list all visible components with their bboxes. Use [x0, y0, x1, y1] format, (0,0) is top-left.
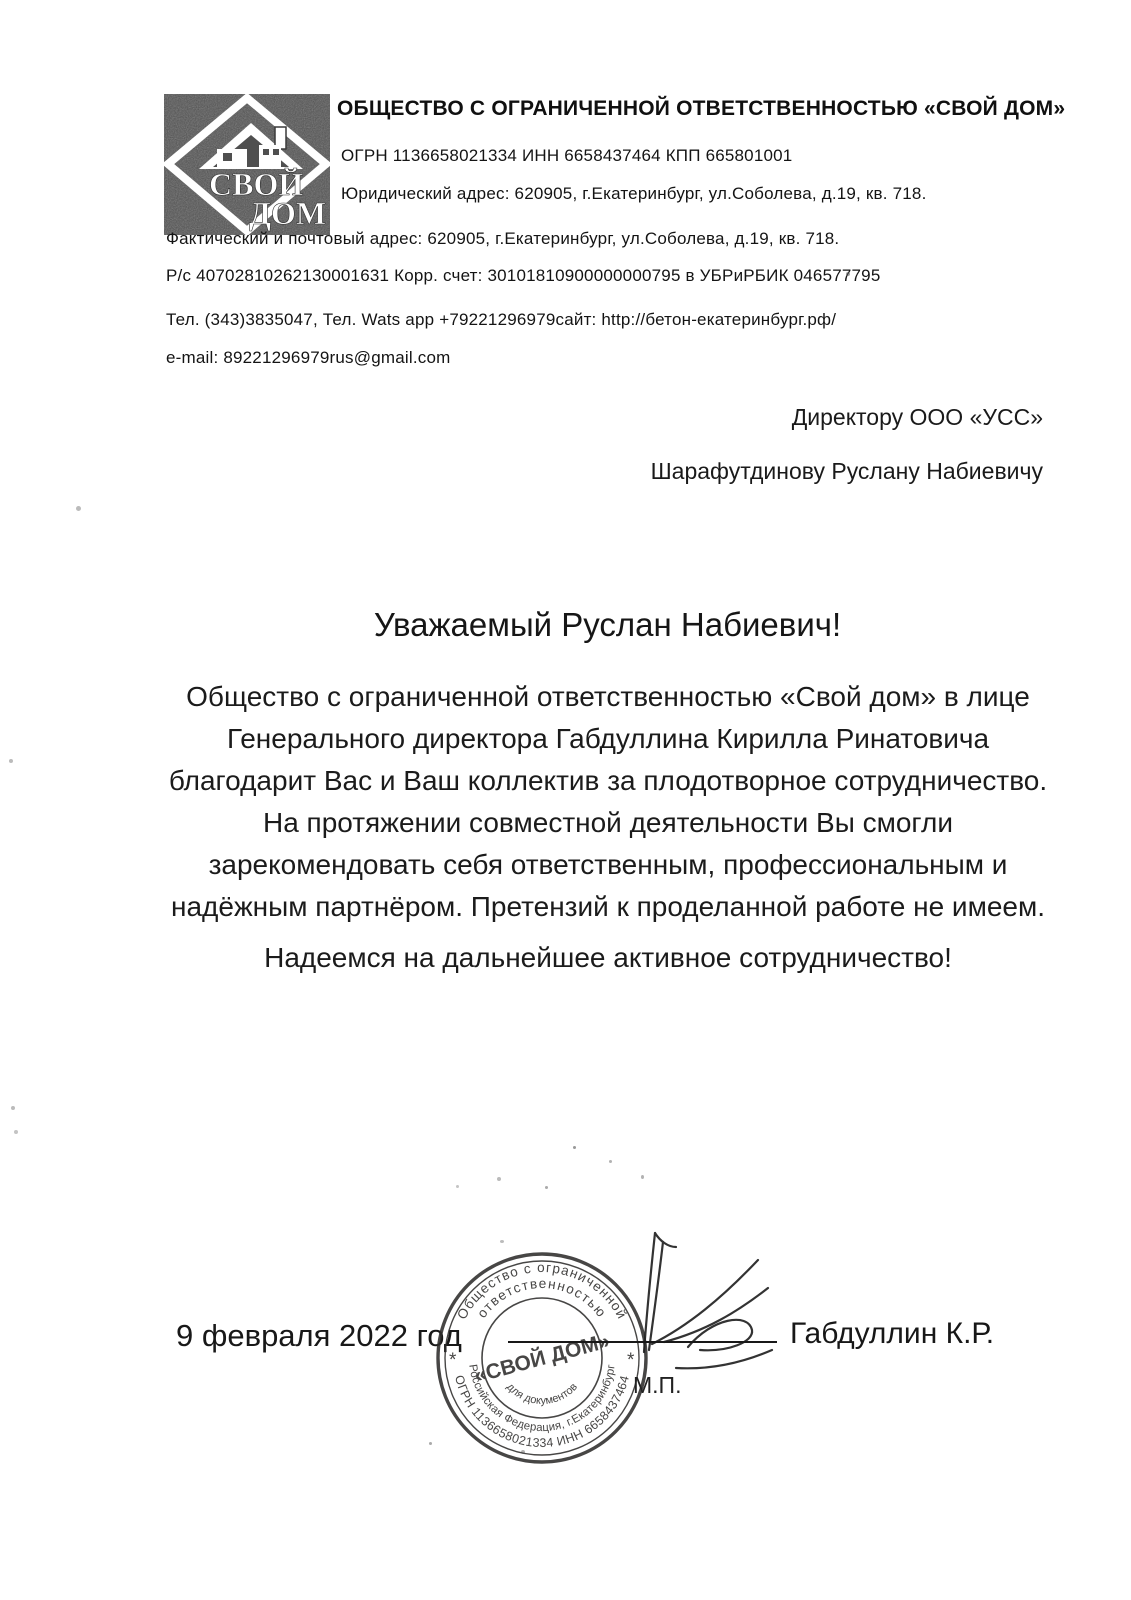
scan-speck [545, 1186, 548, 1189]
stamp-star-left: * [449, 1350, 457, 1371]
letter-body-line: Общество с ограниченной ответственностью… [128, 676, 1088, 718]
scan-speck [429, 1442, 432, 1445]
scan-speck [641, 1175, 644, 1179]
scan-speck [573, 1146, 576, 1149]
letter-body: Общество с ограниченной ответственностью… [128, 676, 1088, 979]
scan-speck [456, 1185, 459, 1188]
phone-and-site: Тел. (343)3835047, Тел. Wats app +792212… [166, 310, 836, 330]
email-line: e-mail: 89221296979rus@gmail.com [166, 348, 450, 368]
scan-speck [14, 1130, 18, 1134]
recipient-name: Шарафутдинову Руслану Набиевичу [651, 458, 1043, 485]
svg-text:для документов: для документов [504, 1381, 580, 1407]
postal-address: Фактический и почтовый адрес: 620905, г.… [166, 229, 839, 249]
scan-speck [76, 506, 81, 511]
legal-address: Юридический адрес: 620905, г.Екатеринбур… [341, 184, 927, 204]
letter-greeting: Уважаемый Руслан Набиевич! [170, 606, 1045, 644]
signatory-name: Габдуллин К.Р. [790, 1317, 994, 1351]
signature-line [508, 1341, 777, 1343]
recipient-block: Директору ООО «УСС» Шарафутдинову Руслан… [651, 404, 1043, 512]
scan-speck [846, 272, 850, 276]
signature-scribble [598, 1223, 808, 1383]
letter-body-line: На протяжении совместной деятельности Вы… [128, 802, 1088, 844]
scan-speck [521, 1450, 525, 1454]
scan-speck [609, 1160, 612, 1163]
letter-document: СВОЙ ДОМ ОБЩЕСТВО С ОГРАНИЧЕННОЙ ОТВЕТСТ… [0, 0, 1131, 1600]
scan-speck [11, 1106, 15, 1110]
company-name: ОБЩЕСТВО С ОГРАНИЧЕННОЙ ОТВЕТСТВЕННОСТЬЮ… [337, 97, 1037, 121]
letter-body-line: надёжным партнёром. Претензий к проделан… [128, 886, 1088, 928]
company-registration: ОГРН 1136658021334 ИНН 6658437464 КПП 66… [341, 146, 792, 166]
stamp-center-text: «СВОЙ ДОМ» [472, 1328, 613, 1387]
seal-place-mark: М.П. [633, 1372, 681, 1399]
letter-body-line: благодарит Вас и Ваш коллектив за плодот… [128, 760, 1088, 802]
letter-closing: Надеемся на дальнейшее активное сотрудни… [128, 937, 1088, 979]
company-logo: СВОЙ ДОМ [163, 93, 331, 236]
scan-speck [500, 1240, 504, 1243]
bank-details: Р/с 40702810262130001631 Корр. счет: 301… [166, 266, 881, 286]
scan-speck [9, 759, 13, 763]
letter-body-line: зарекомендовать себя ответственным, проф… [128, 844, 1088, 886]
scan-speck [497, 1177, 501, 1181]
logo-text-line2: ДОМ [249, 195, 326, 231]
letter-date: 9 февраля 2022 год [176, 1318, 462, 1354]
recipient-position: Директору ООО «УСС» [651, 404, 1043, 431]
letter-body-line: Генерального директора Габдуллина Кирилл… [128, 718, 1088, 760]
stamp-arc-bottom-inner: для документов [504, 1381, 580, 1407]
